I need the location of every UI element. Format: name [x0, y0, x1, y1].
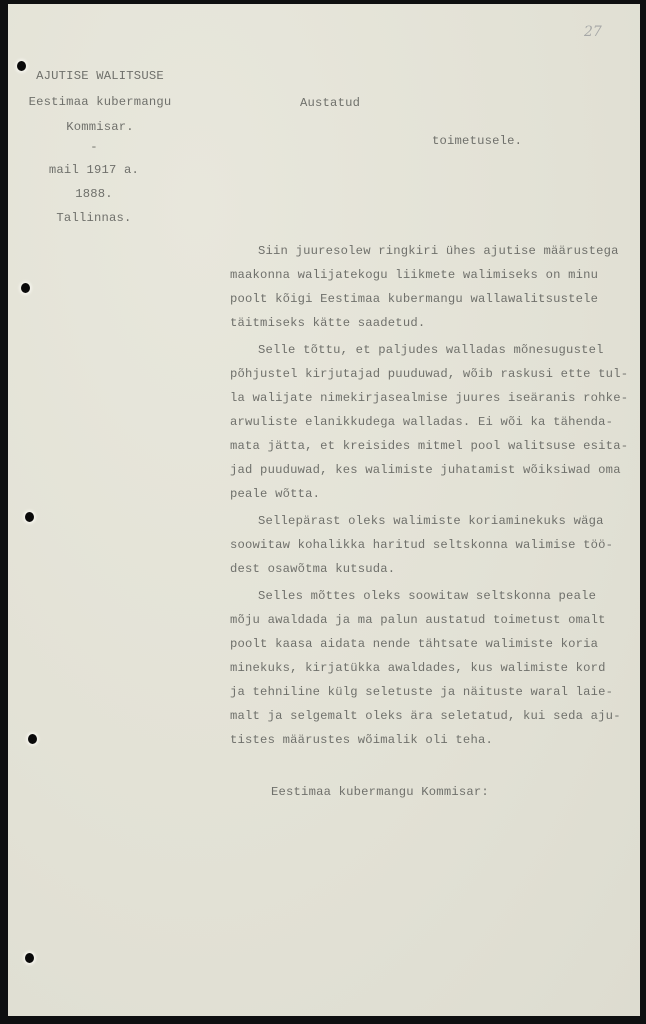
body-line: mõju awaldada ja ma palun austatud toime…: [230, 613, 606, 627]
addressee-line: toimetusele.: [432, 134, 522, 148]
body-line: poolt kaasa aidata nende tähtsate walimi…: [230, 637, 598, 651]
body-line: Selle tõttu, et paljudes walladas mõnesu…: [258, 343, 604, 357]
addressee-line: Austatud: [300, 96, 360, 110]
header-line: Eestimaa kubermangu: [0, 95, 200, 109]
body-line: täitmiseks kätte saadetud.: [230, 316, 425, 330]
punch-hole-icon: [21, 283, 30, 293]
header-line: AJUTISE WALITSUSE: [0, 69, 200, 83]
body-line: ja tehniline külg seletuste ja näituste …: [230, 685, 613, 699]
punch-hole-icon: [25, 512, 34, 522]
header-number: 1888.: [0, 187, 194, 201]
body-line: poolt kõigi Eestimaa kubermangu wallawal…: [230, 292, 598, 306]
body-line: malt ja selgemalt oleks ära seletatud, k…: [230, 709, 621, 723]
body-line: maakonna walijatekogu liikmete walimisek…: [230, 268, 598, 282]
body-line: Sellepärast oleks walimiste koriaminekuk…: [258, 514, 604, 528]
header-place: Tallinnas.: [0, 211, 194, 225]
header-line: -: [0, 140, 194, 154]
body-line: soowitaw kohalikka haritud seltskonna wa…: [230, 538, 613, 552]
header-date: mail 1917 a.: [0, 163, 194, 177]
page-number: 27: [584, 24, 602, 40]
body-line: arwuliste elanikkudega walladas. Ei wõi …: [230, 415, 613, 429]
body-line: Siin juuresolew ringkiri ühes ajutise mä…: [258, 244, 619, 258]
punch-hole-icon: [28, 734, 37, 744]
body-line: Selles mõttes oleks soowitaw seltskonna …: [258, 589, 596, 603]
body-line: tistes määrustes wõimalik oli teha.: [230, 733, 493, 747]
body-line: peale wõtta.: [230, 487, 320, 501]
body-line: jad puuduwad, kes walimiste juhatamist w…: [230, 463, 621, 477]
document-page: [8, 4, 640, 1016]
body-line: põhjustel kirjutajad puuduwad, wõib rask…: [230, 367, 628, 381]
body-line: la walijate nimekirjasealmise juures ise…: [230, 391, 628, 405]
body-line: dest osawõtma kutsuda.: [230, 562, 395, 576]
signature-line: Eestimaa kubermangu Kommisar:: [271, 785, 489, 799]
body-line: minekuks, kirjatükka awaldades, kus wali…: [230, 661, 606, 675]
punch-hole-icon: [25, 953, 34, 963]
body-line: mata jätta, et kreisides mitmel pool wal…: [230, 439, 628, 453]
header-line: Kommisar.: [0, 120, 200, 134]
